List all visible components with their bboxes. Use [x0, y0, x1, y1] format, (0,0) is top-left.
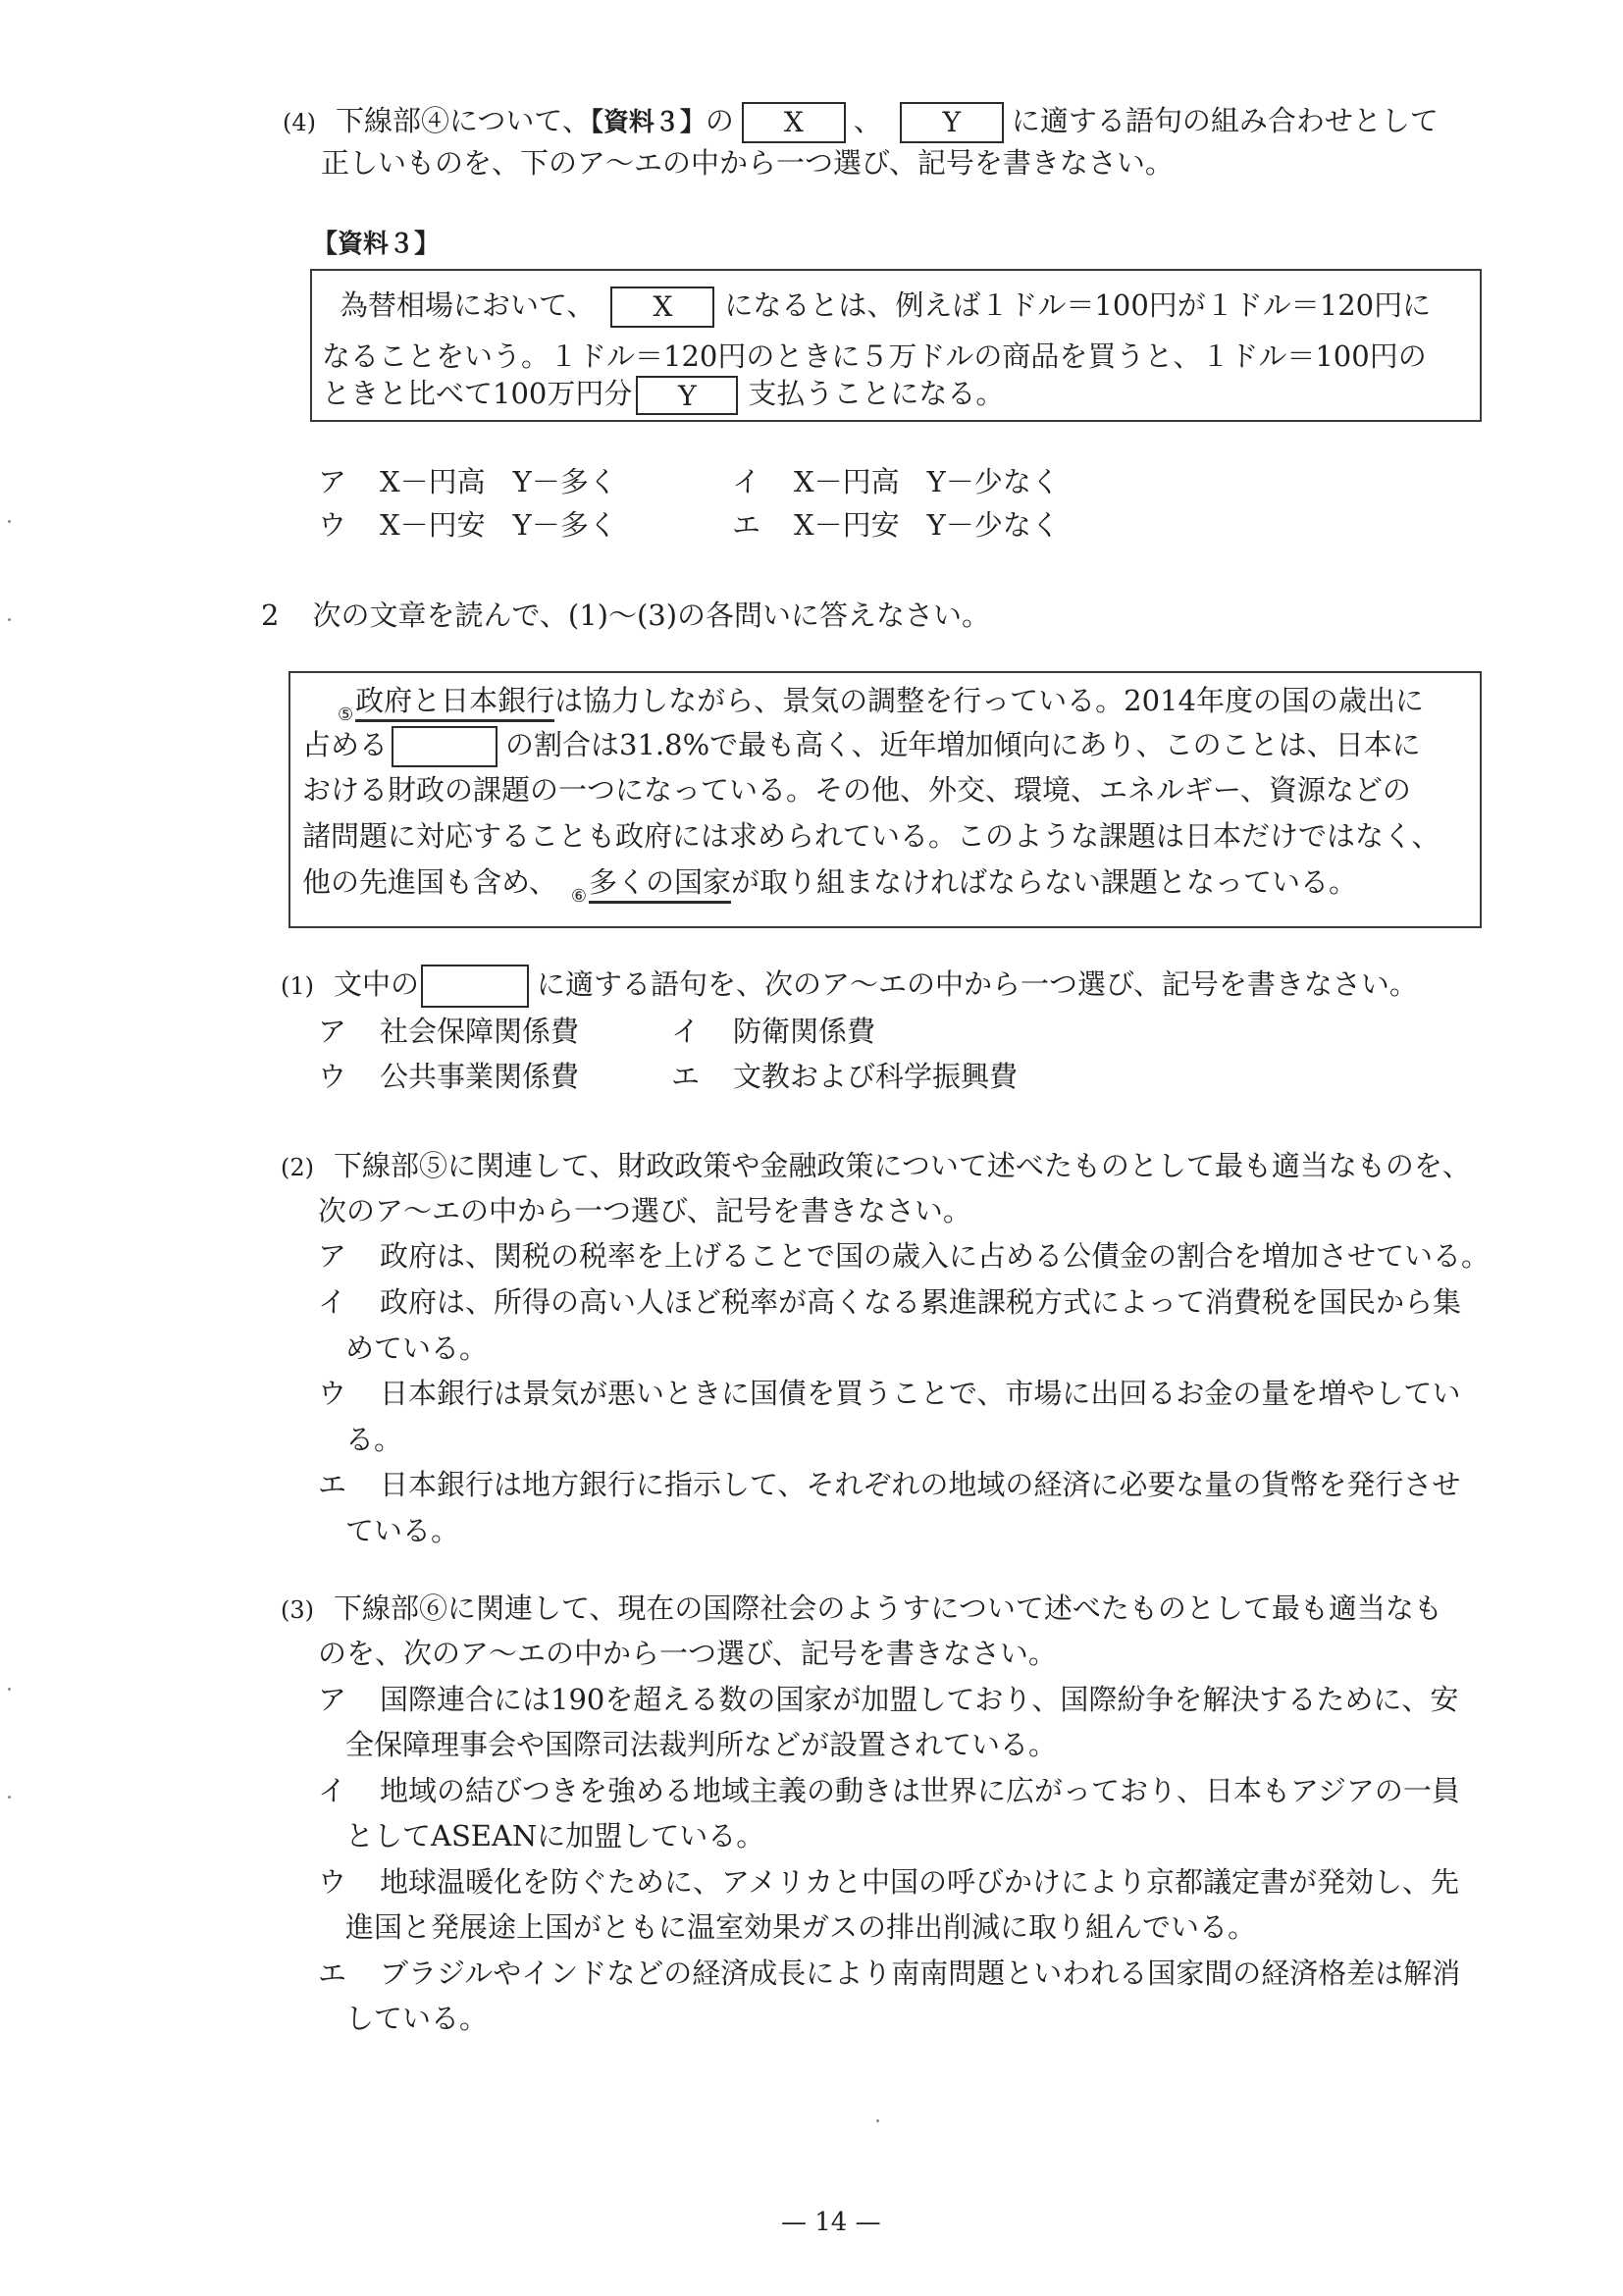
- q4-prompt-line2: 正しいものを、下のア～エの中から一つ選び、記号を書きなさい。: [321, 149, 1174, 178]
- scan-speck: [8, 1688, 11, 1691]
- q3-prompt-line1: (3)下線部⑥に関連して、現在の国際社会のようすについて述べたものとして最も適当…: [281, 1594, 1442, 1623]
- q3-choice-u-cont: 進国と発展途上国がともに温室効果ガスの排出削減に取り組んでいる。: [345, 1913, 1256, 1942]
- q2-choice-a: ア政府は、関税の税率を上げることで国の歳入に占める公債金の割合を増加させている。: [318, 1242, 1490, 1271]
- q2-choice-e: エ日本銀行は地方銀行に指示して、それぞれの地域の経済に必要な量の貨幣を発行させ: [318, 1471, 1460, 1499]
- q2-choice-u: ウ日本銀行は景気が悪いときに国債を買うことで、市場に出回るお金の量を増やしてい: [318, 1380, 1460, 1408]
- q2-number: (2): [281, 1154, 314, 1181]
- q4-choice-a: アX－円高Y－多く: [318, 468, 617, 496]
- q1-choice-u: ウ公共事業関係費: [318, 1063, 579, 1091]
- source-box-line2: なることをいう。１ドル＝120円のときに５万ドルの商品を買うと、１ドル＝100円…: [322, 342, 1427, 371]
- scan-speck: [8, 618, 11, 621]
- section-2-heading: 2次の文章を読んで、(1)～(3)の各問いに答えなさい。: [261, 601, 990, 630]
- source-title: 【資料３】: [312, 232, 440, 257]
- passage-line4: 諸問題に対応することも政府には求められている。このような課題は日本だけではなく、: [302, 822, 1440, 851]
- q3-prompt-line2: のを、次のア～エの中から一つ選び、記号を書きなさい。: [318, 1640, 1057, 1668]
- q2-prompt-line1: (2)下線部⑤に関連して、財政政策や金融政策について述べたものとして最も適当なも…: [281, 1152, 1471, 1180]
- scan-speck: [876, 2119, 879, 2122]
- passage-line5: 他の先進国も含め、⑥多くの国家が取り組まなければならない課題となっている。: [302, 868, 1357, 906]
- q2-choice-u-cont: る。: [345, 1426, 402, 1454]
- q2-prompt-line2: 次のア～エの中から一つ選び、記号を書きなさい。: [318, 1197, 971, 1226]
- q3-choice-i-cont: としてASEANに加盟している。: [345, 1822, 764, 1851]
- q4-choice-i: イX－円高Y－少なく: [732, 468, 1060, 496]
- scan-speck: [8, 520, 11, 523]
- q3-number: (3): [281, 1596, 314, 1624]
- underline-5: 政府と日本銀行: [355, 684, 554, 722]
- q1-choice-e: エ文教および科学振興費: [671, 1063, 1018, 1091]
- marker-5: ⑤: [338, 704, 353, 725]
- q1-blank: [421, 965, 529, 1008]
- section-instruction: 次の文章を読んで、(1)～(3)の各問いに答えなさい。: [312, 599, 990, 632]
- passage-line2: 占めるの割合は31.8%で最も高く、近年増加傾向にあり、このことは、日本に: [302, 724, 1421, 765]
- q1-choice-a: ア社会保障関係費: [318, 1018, 579, 1046]
- q1-number: (1): [281, 972, 314, 1000]
- marker-6: ⑥: [571, 886, 587, 907]
- q4-prompt-line1: (4)下線部④について、【資料３】のX、Yに適する語句の組み合わせとして: [283, 101, 1439, 140]
- passage-blank: [392, 726, 497, 767]
- q2-choice-i-cont: めている。: [345, 1334, 488, 1363]
- q3-choice-e: エブラジルやインドなどの経済成長により南南問題といわれる国家間の経済格差は解消: [318, 1959, 1460, 1988]
- q4-choice-u: ウX－円安Y－多く: [318, 511, 617, 540]
- page-number: — 14 —: [781, 2210, 881, 2235]
- q2-choice-i: イ政府は、所得の高い人ほど税率が高くなる累進課税方式によって消費税を国民から集: [318, 1288, 1461, 1317]
- blank-y: Y: [900, 102, 1004, 143]
- q2-choice-e-cont: ている。: [345, 1517, 459, 1545]
- source-blank-x: X: [610, 287, 714, 328]
- q3-choice-a: ア国際連合には190を超える数の国家が加盟しており、国際紛争を解決するために、安: [318, 1686, 1458, 1714]
- underline-6: 多くの国家: [589, 865, 731, 904]
- scan-speck: [8, 1796, 11, 1799]
- q3-choice-a-cont: 全保障理事会や国際司法裁判所などが設置されている。: [345, 1731, 1057, 1759]
- source-box-line1: 為替相場において、Xになるとは、例えば１ドル＝100円が１ドル＝120円に: [340, 285, 1431, 326]
- q1-prompt: (1)文中のに適する語句を、次のア～エの中から一つ選び、記号を書きなさい。: [281, 963, 1418, 1006]
- q1-choice-i: イ防衛関係費: [671, 1018, 875, 1046]
- passage-line1: ⑤政府と日本銀行は協力しながら、景気の調整を行っている。2014年度の国の歳出に: [338, 687, 1424, 724]
- q3-choice-e-cont: している。: [345, 2005, 488, 2033]
- q4-number: (4): [283, 109, 316, 136]
- q4-choice-e: エX－円安Y－少なく: [732, 511, 1060, 540]
- q3-choice-u: ウ地球温暖化を防ぐために、アメリカと中国の呼びかけにより京都議定書が発効し、先: [318, 1868, 1459, 1897]
- q3-choice-i: イ地域の結びつきを強める地域主義の動きは世界に広がっており、日本もアジアの一員: [318, 1777, 1460, 1805]
- source-blank-y: Y: [636, 376, 738, 415]
- blank-x: X: [742, 102, 846, 143]
- source-reference: 【資料３】: [591, 108, 706, 137]
- section-number: 2: [261, 599, 279, 632]
- source-box-line3: ときと比べて100万円分Y支払うことになる。: [322, 373, 1004, 414]
- passage-line3: おける財政の課題の一つになっている。その他、外交、環境、エネルギー、資源などの: [302, 776, 1411, 805]
